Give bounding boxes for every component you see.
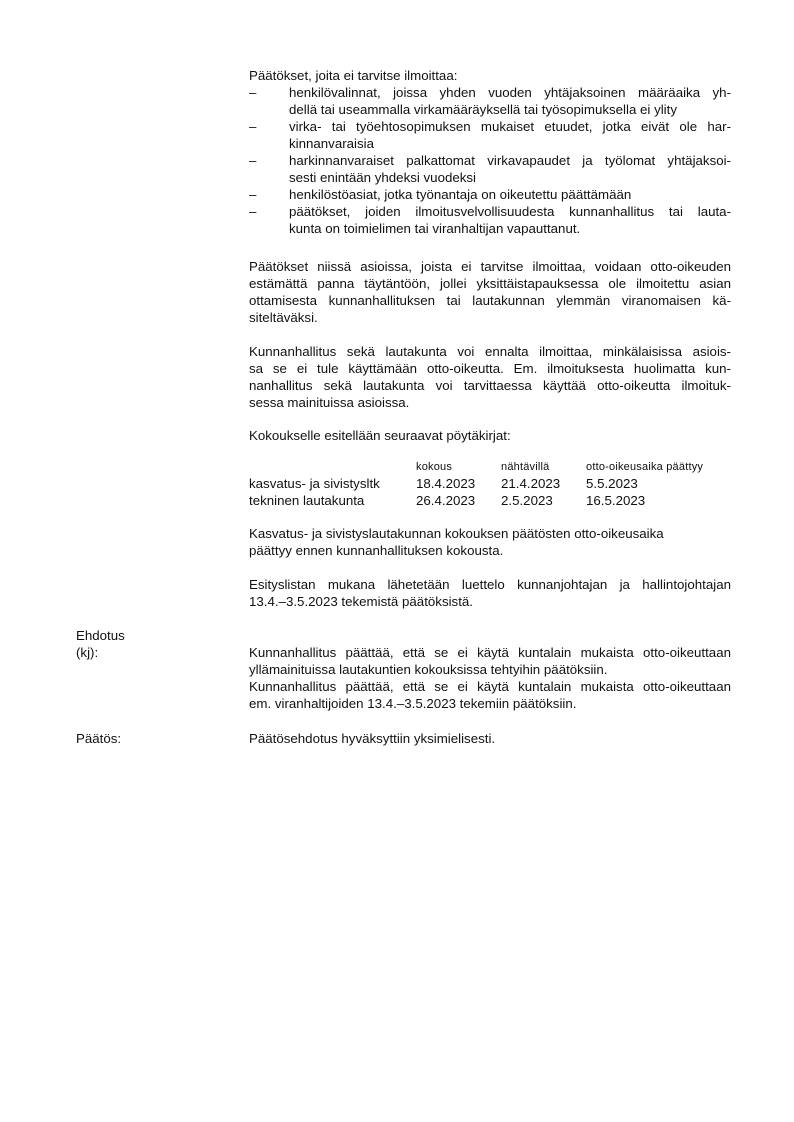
- table-cell: 5.5.2023: [586, 475, 638, 492]
- decision-label: Päätös:: [76, 730, 121, 747]
- advance-notice-paragraph: Kunnanhallitus sekä lautakunta voi ennal…: [249, 343, 731, 411]
- not-reported-section: Päätökset, joita ei tarvitse ilmoittaa: …: [249, 67, 731, 237]
- minutes-intro: Kokoukselle esitellään seuraavat pöytäki…: [249, 427, 731, 444]
- paragraph-line: Kunnanhallitus sekä lautakunta voi ennal…: [249, 343, 731, 360]
- list-item: – päätökset, joiden ilmoitusvelvollisuud…: [249, 203, 731, 237]
- table-row: tekninen lautakunta 26.4.2023 2.5.2023 1…: [249, 492, 731, 509]
- enforcement-paragraph: Päätökset niissä asioissa, joista ei tar…: [249, 258, 731, 326]
- not-reported-heading: Päätökset, joita ei tarvitse ilmoittaa:: [249, 67, 731, 84]
- paragraph-line: 13.4.–3.5.2023 tekemistä päätöksistä.: [249, 593, 731, 610]
- list-item-line: päätökset, joiden ilmoitusvelvollisuudes…: [289, 203, 731, 220]
- decision-text: Päätösehdotus hyväksyttiin yksimielisest…: [249, 730, 731, 747]
- paragraph-line: ottamisesta kunnanhallituksen tai lautak…: [249, 292, 731, 309]
- document-page: Päätökset, joita ei tarvitse ilmoittaa: …: [0, 0, 794, 1122]
- proposal-label-line: Ehdotus: [76, 627, 125, 644]
- dash-bullet-icon: –: [249, 118, 256, 135]
- proposal-label: Ehdotus (kj):: [76, 627, 125, 661]
- table-header-cell: nähtävillä: [501, 459, 549, 475]
- not-reported-list: – henkilövalinnat, joissa yhden vuoden y…: [249, 84, 731, 237]
- table-header-cell: otto-oikeusaika päättyy: [586, 459, 703, 475]
- paragraph-line: siteltäväksi.: [249, 309, 731, 326]
- table-cell: 2.5.2023: [501, 492, 553, 509]
- table-header-row: kokous nähtävillä otto-oikeusaika päätty…: [249, 459, 731, 475]
- paragraph-line: Esityslistan mukana lähetetään luettelo …: [249, 576, 731, 593]
- list-item-line: dellä tai useammalla virkamääräyksellä t…: [289, 101, 731, 118]
- paragraph-line: sessa mainituissa asioissa.: [249, 394, 731, 411]
- kasvatus-note-paragraph: Kasvatus- ja sivistyslautakunnan kokouks…: [249, 525, 731, 559]
- table-header-cell: kokous: [416, 459, 452, 475]
- proposal-line: yllämainituissa lautakuntien kokouksissa…: [249, 661, 731, 678]
- proposal-text: Kunnanhallitus päättää, että se ei käytä…: [249, 644, 731, 712]
- dash-bullet-icon: –: [249, 152, 256, 169]
- table-cell: kasvatus- ja sivistysltk: [249, 475, 380, 492]
- decision-label-text: Päätös:: [76, 730, 121, 747]
- list-item: – henkilöstöasiat, jotka työnantaja on o…: [249, 186, 731, 203]
- paragraph-line: Päätökset niissä asioissa, joista ei tar…: [249, 258, 731, 275]
- paragraph-line: estämättä panna täytäntöön, jollei yksit…: [249, 275, 731, 292]
- list-item-line: henkilövalinnat, joissa yhden vuoden yht…: [289, 84, 731, 101]
- proposal-label-line: (kj):: [76, 644, 125, 661]
- list-item-line: kunta on toimielimen tai viranhaltijan v…: [289, 220, 731, 237]
- list-item-line: sesti enintään yhdeksi vuodeksi: [289, 169, 731, 186]
- list-item: – henkilövalinnat, joissa yhden vuoden y…: [249, 84, 731, 118]
- list-item-line: henkilöstöasiat, jotka työnantaja on oik…: [289, 186, 731, 203]
- proposal-line: em. viranhaltijoiden 13.4.–3.5.2023 teke…: [249, 695, 731, 712]
- dash-bullet-icon: –: [249, 203, 256, 220]
- table-cell: 18.4.2023: [416, 475, 475, 492]
- table-cell: 26.4.2023: [416, 492, 475, 509]
- dash-bullet-icon: –: [249, 84, 256, 101]
- paragraph-line: päättyy ennen kunnanhallituksen kokousta…: [249, 542, 731, 559]
- decision-text-line: Päätösehdotus hyväksyttiin yksimielisest…: [249, 730, 731, 747]
- decision-list-note-paragraph: Esityslistan mukana lähetetään luettelo …: [249, 576, 731, 610]
- proposal-line: Kunnanhallitus päättää, että se ei käytä…: [249, 678, 731, 695]
- list-item: – virka- tai työehtosopimuksen mukaiset …: [249, 118, 731, 152]
- table-cell: 21.4.2023: [501, 475, 560, 492]
- proposal-line: Kunnanhallitus päättää, että se ei käytä…: [249, 644, 731, 661]
- table-cell: 16.5.2023: [586, 492, 645, 509]
- list-item-line: virka- tai työehtosopimuksen mukaiset et…: [289, 118, 731, 135]
- list-item: – harkinnanvaraiset palkattomat virkavap…: [249, 152, 731, 186]
- dash-bullet-icon: –: [249, 186, 256, 203]
- paragraph-line: nanhallitus sekä lautakunta voi tarvitta…: [249, 377, 731, 394]
- table-row: kasvatus- ja sivistysltk 18.4.2023 21.4.…: [249, 475, 731, 492]
- list-item-line: harkinnanvaraiset palkattomat virkavapau…: [289, 152, 731, 169]
- minutes-intro-text: Kokoukselle esitellään seuraavat pöytäki…: [249, 427, 731, 444]
- paragraph-line: sa se ei tule käyttämään otto-oikeutta. …: [249, 360, 731, 377]
- paragraph-line: Kasvatus- ja sivistyslautakunnan kokouks…: [249, 525, 731, 542]
- table-cell: tekninen lautakunta: [249, 492, 364, 509]
- list-item-line: kinnanvaraisia: [289, 135, 731, 152]
- minutes-table: kokous nähtävillä otto-oikeusaika päätty…: [249, 459, 731, 509]
